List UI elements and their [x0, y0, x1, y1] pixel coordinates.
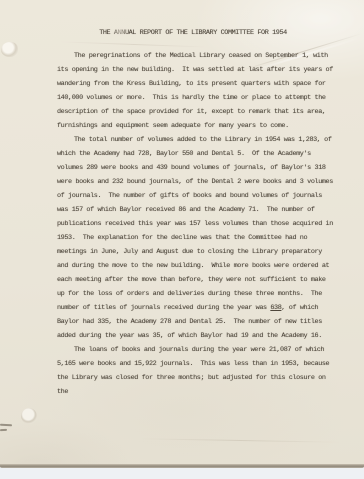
paper-blemish — [1, 42, 18, 57]
paragraph-3-text: The loans of books and journals during t… — [57, 346, 333, 396]
scanned-paper-sheet: THE ANNUAL REPORT OF THE LIBRARY COMMITT… — [0, 0, 364, 467]
edge-tear-mark — [0, 424, 12, 427]
paragraph-2: The total number of volumes added to the… — [57, 133, 335, 343]
paragraph-2-text-a: The total number of volumes added to the… — [57, 136, 337, 312]
document-body: THE ANNUAL REPORT OF THE LIBRARY COMMITT… — [57, 26, 335, 399]
paragraph-1: The peregrinations of the Medical Librar… — [57, 49, 335, 133]
punch-hole — [21, 408, 37, 424]
paper-crease — [140, 438, 340, 442]
document-title: THE ANNUAL REPORT OF THE LIBRARY COMMITT… — [51, 26, 335, 40]
underlined-value-638: 638 — [270, 304, 281, 312]
paragraph-1-text: The peregrinations of the Medical Librar… — [57, 52, 337, 130]
paper-bottom-edge — [0, 464, 364, 468]
ink-smudge — [112, 27, 128, 36]
edge-tear-mark — [0, 429, 7, 431]
paragraph-3: The loans of books and journals during t… — [57, 343, 335, 399]
